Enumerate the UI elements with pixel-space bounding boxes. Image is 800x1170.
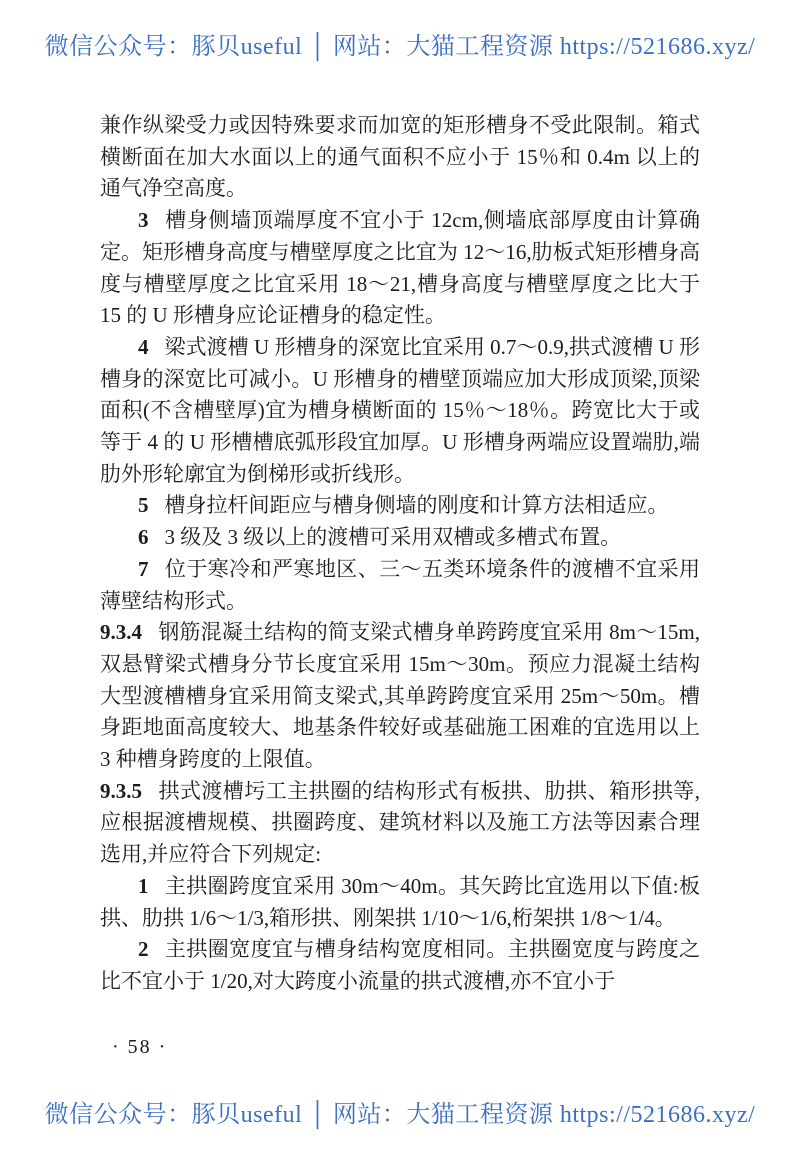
watermark-header: 微信公众号：豚贝useful │ 网站：大猫工程资源 https://52168… — [0, 26, 800, 61]
paragraph: 63 级及 3 级以上的渡槽可采用双槽或多槽式布置。 — [100, 522, 700, 554]
paragraph: 4梁式渡槽 U 形槽身的深宽比宜采用 0.7～0.9,拱式渡槽 U 形槽身的深宽… — [100, 332, 700, 491]
item-number: 6 — [138, 525, 149, 549]
paragraph-text: 钢筋混凝土结构的简支梁式槽身单跨跨度宜采用 8m～15m,双悬臂梁式槽身分节长度… — [100, 620, 700, 771]
watermark-footer: 微信公众号：豚贝useful │ 网站：大猫工程资源 https://52168… — [0, 1094, 800, 1129]
item-number: 5 — [138, 493, 149, 517]
paragraph-text: 3 级及 3 级以上的渡槽可采用双槽或多槽式布置。 — [165, 525, 622, 549]
paragraph-text: 槽身侧墙顶端厚度不宜小于 12cm,侧墙底部厚度由计算确定。矩形槽身高度与槽壁厚… — [100, 208, 700, 327]
item-number: 1 — [138, 874, 149, 898]
item-number: 7 — [138, 557, 149, 581]
paragraph-section: 9.3.4钢筋混凝土结构的简支梁式槽身单跨跨度宜采用 8m～15m,双悬臂梁式槽… — [100, 617, 700, 776]
paragraph: 3槽身侧墙顶端厚度不宜小于 12cm,侧墙底部厚度由计算确定。矩形槽身高度与槽壁… — [100, 205, 700, 332]
paragraph: 兼作纵梁受力或因特殊要求而加宽的矩形槽身不受此限制。箱式横断面在加大水面以上的通… — [100, 110, 700, 205]
section-number: 9.3.4 — [100, 620, 142, 644]
paragraph-section: 9.3.5拱式渡槽圬工主拱圈的结构形式有板拱、肋拱、箱形拱等,应根据渡槽规模、拱… — [100, 776, 700, 871]
paragraph-text: 兼作纵梁受力或因特殊要求而加宽的矩形槽身不受此限制。箱式横断面在加大水面以上的通… — [100, 113, 700, 200]
paragraph: 7位于寒冷和严寒地区、三～五类环境条件的渡槽不宜采用薄壁结构形式。 — [100, 554, 700, 617]
page-number: · 58 · — [112, 1036, 167, 1059]
item-number: 2 — [138, 937, 149, 961]
section-number: 9.3.5 — [100, 779, 142, 803]
paragraph: 5槽身拉杆间距应与槽身侧墙的刚度和计算方法相适应。 — [100, 490, 700, 522]
paragraph-text: 主拱圈跨度宜采用 30m～40m。其矢跨比宜选用以下值:板拱、肋拱 1/6～1/… — [100, 874, 700, 930]
paragraph-text: 槽身拉杆间距应与槽身侧墙的刚度和计算方法相适应。 — [165, 493, 669, 517]
paragraph: 2主拱圈宽度宜与槽身结构宽度相同。主拱圈宽度与跨度之比不宜小于 1/20,对大跨… — [100, 934, 700, 997]
paragraph-text: 位于寒冷和严寒地区、三～五类环境条件的渡槽不宜采用薄壁结构形式。 — [100, 557, 700, 613]
paragraph: 1主拱圈跨度宜采用 30m～40m。其矢跨比宜选用以下值:板拱、肋拱 1/6～1… — [100, 871, 700, 934]
document-page-body: 兼作纵梁受力或因特殊要求而加宽的矩形槽身不受此限制。箱式横断面在加大水面以上的通… — [100, 110, 700, 998]
paragraph-text: 拱式渡槽圬工主拱圈的结构形式有板拱、肋拱、箱形拱等,应根据渡槽规模、拱圈跨度、建… — [100, 779, 700, 866]
paragraph-text: 梁式渡槽 U 形槽身的深宽比宜采用 0.7～0.9,拱式渡槽 U 形槽身的深宽比… — [100, 335, 700, 486]
item-number: 3 — [138, 208, 149, 232]
paragraph-text: 主拱圈宽度宜与槽身结构宽度相同。主拱圈宽度与跨度之比不宜小于 1/20,对大跨度… — [100, 937, 700, 993]
item-number: 4 — [138, 335, 149, 359]
